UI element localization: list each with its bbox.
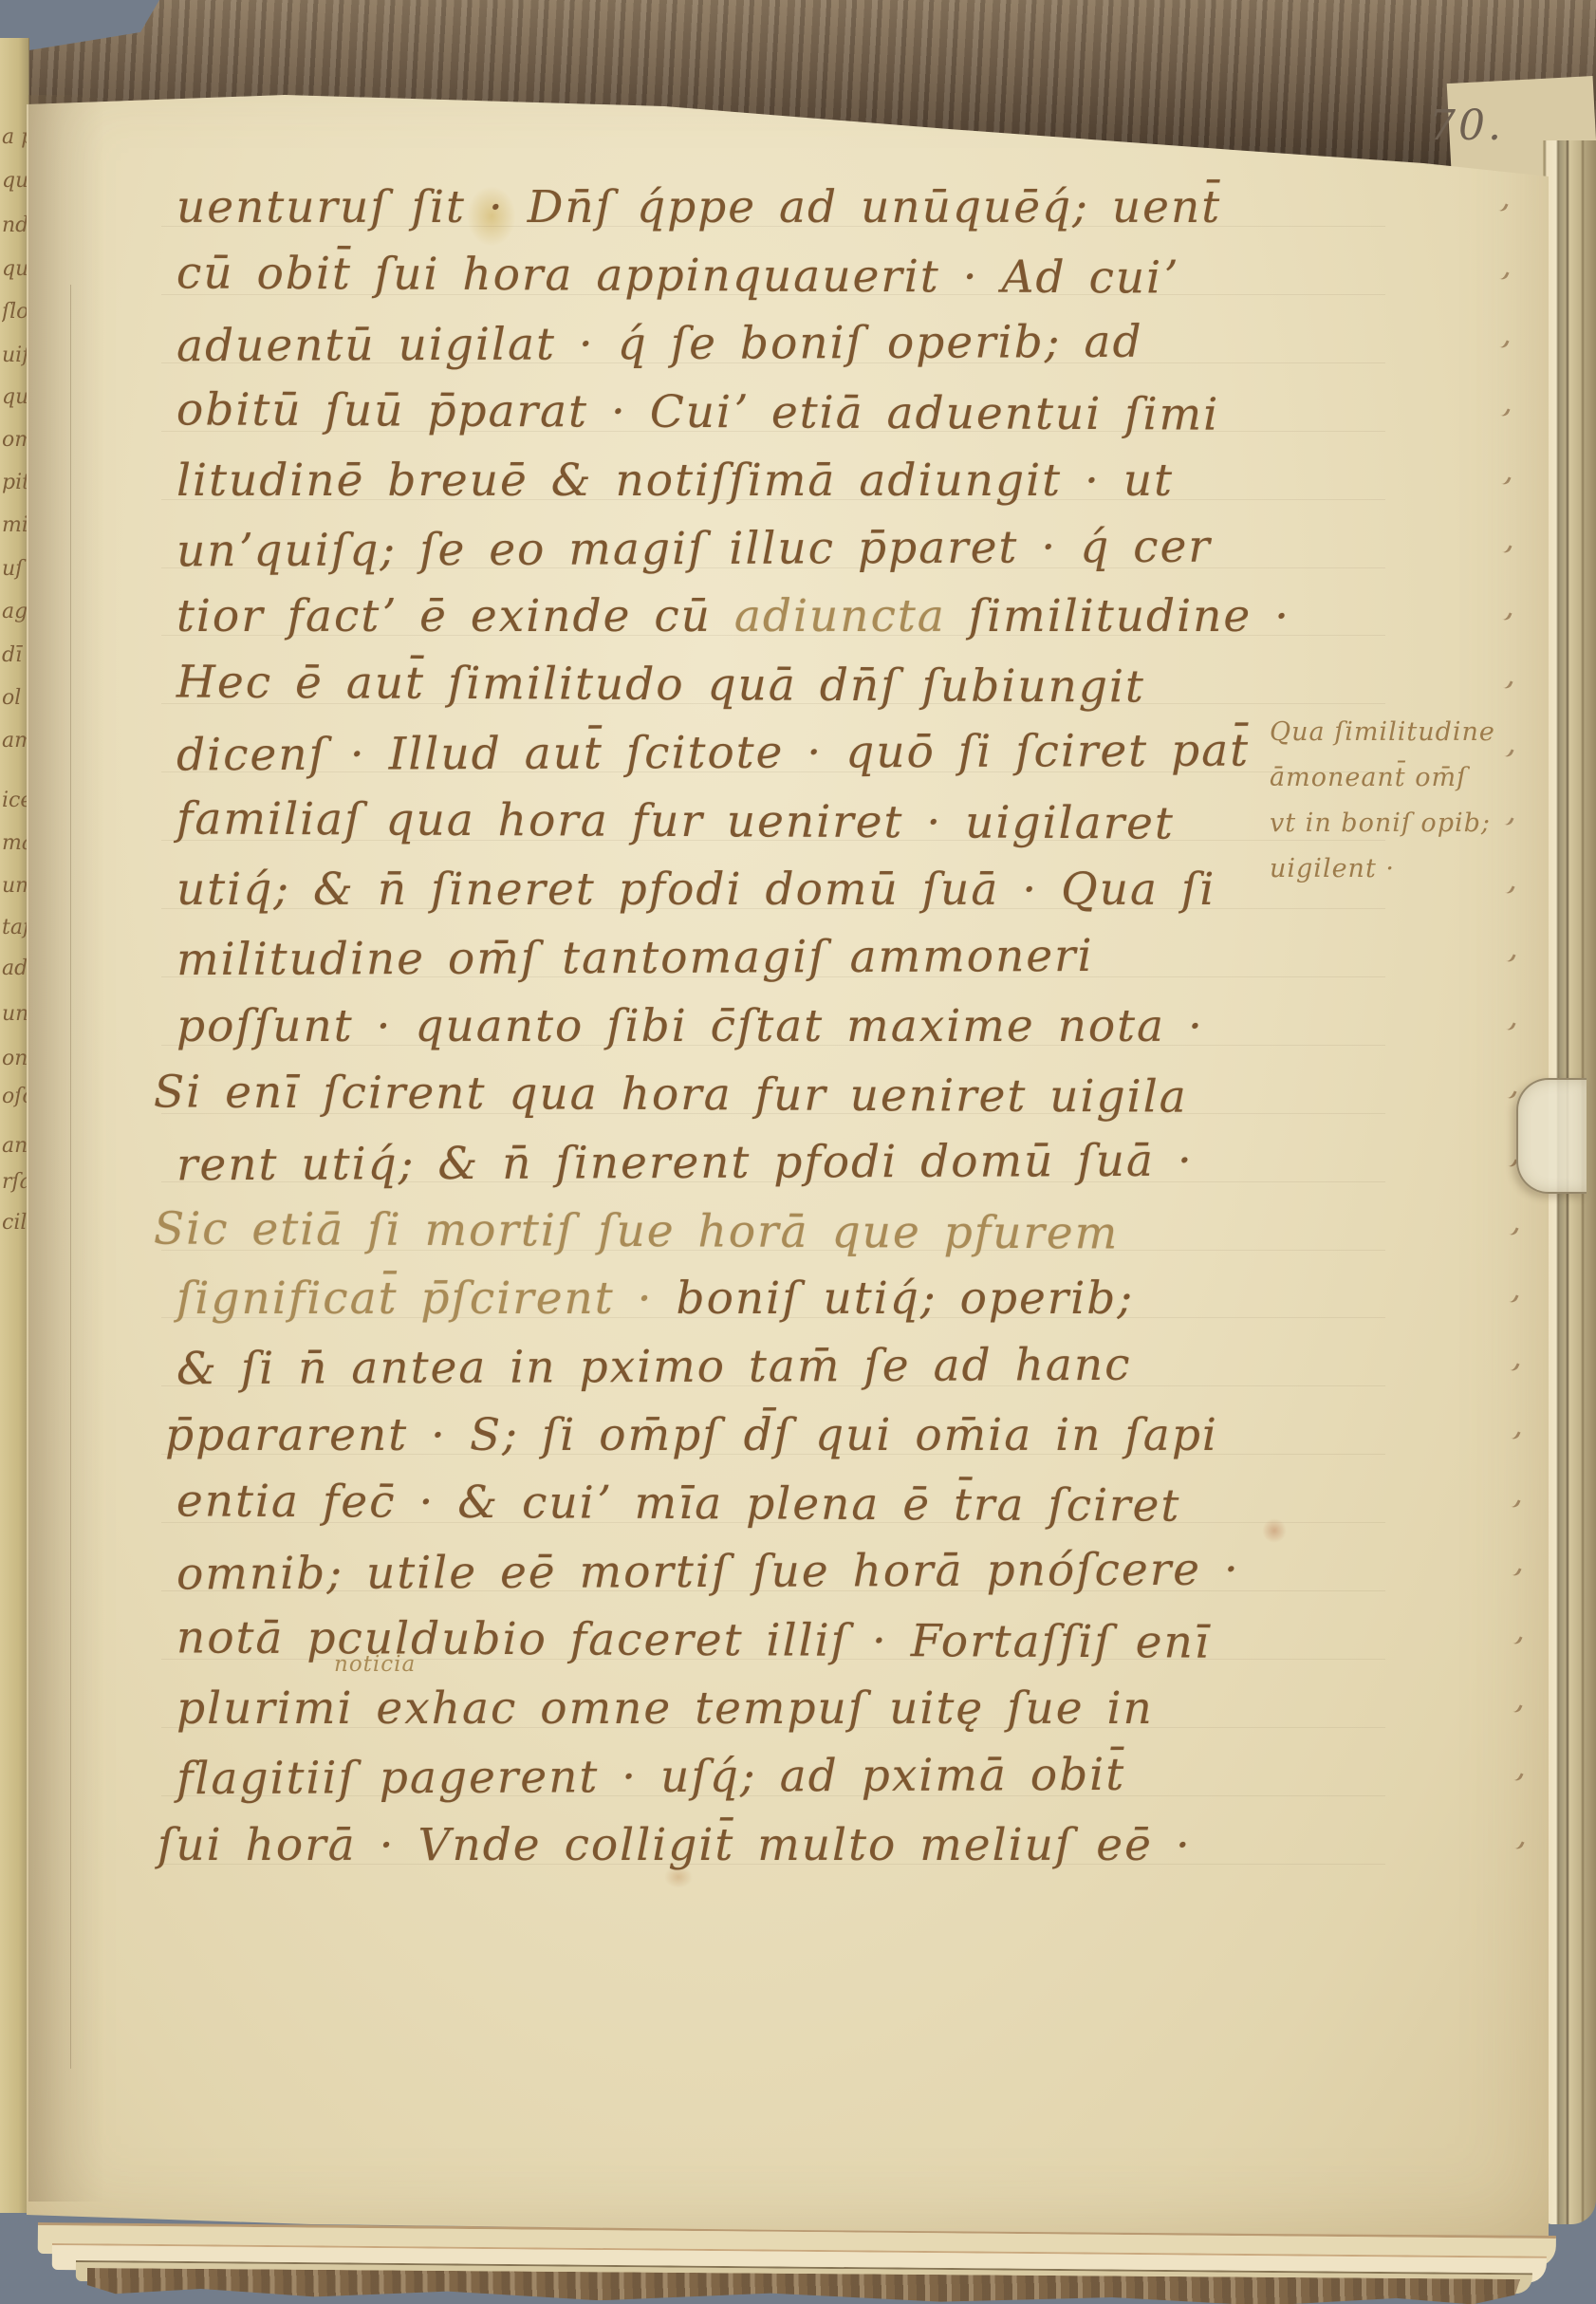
margin-note-line: Qua ſimilitudine	[1270, 710, 1550, 755]
text-segment: aduentū uigilat · q́ ſe boniſ operib; ad	[176, 316, 1143, 372]
text-segment: ſui horā · Vnde colligit̄ multo meliuſ e…	[158, 1819, 1192, 1871]
pricking-mark	[1506, 1224, 1518, 1236]
pricking-mark	[1509, 1496, 1521, 1509]
text-segment: unʼquiſq; ſe eo magiſ illuc p̄paret · q́…	[176, 520, 1212, 577]
text-segment: ſimilitudine ·	[969, 590, 1290, 642]
text-segment: entia fec̄ · & cuiʼ mīa plena ē t̄ra ſci…	[176, 1476, 1181, 1533]
pricking-mark	[1504, 1019, 1516, 1031]
text-line: uenturuſ ſit · Dn̄ſ q́ppe ad unūquēq́; u…	[176, 178, 1221, 237]
pricking-mark	[1496, 269, 1509, 281]
parchment-tab	[1516, 1078, 1587, 1194]
text-line: litudinē breuē & notiſſimā adiungit · ut	[176, 452, 1174, 511]
margin-note: Qua ſimilitudineāmoneant̄ om̄ſvt in boni…	[1270, 710, 1550, 892]
pricking-mark	[1497, 337, 1510, 349]
pricking-mark	[1504, 1087, 1516, 1100]
text-segment: p̄pararent · S; ſi om̄pſ d̄ſ qui om̄ia i…	[165, 1409, 1218, 1461]
text-line: Sic etiā ſi mortiſ ſue horā que pfurem	[154, 1199, 1120, 1263]
pricking-mark	[1498, 474, 1511, 486]
text-segment: familiaſ qua hora fur ueniret · uigilare…	[176, 793, 1175, 850]
folio-number: 70.	[1429, 102, 1504, 150]
text-segment: uenturuſ ſit · Dn̄ſ q́ppe ad unūquēq́; u…	[176, 181, 1221, 233]
pricking-mark	[1497, 405, 1510, 418]
text-line: aduentū uigilat · q́ ſe boniſ operib; ad	[176, 313, 1143, 376]
text-line: p̄pararent · S; ſi om̄pſ d̄ſ qui om̄ia i…	[165, 1406, 1218, 1465]
pricking-mark	[1512, 1838, 1524, 1850]
text-segment: Sic etiā ſi mortiſ ſue horā que pfurem	[154, 1202, 1120, 1259]
text-segment: utiq́; & n̄ ſineret pfodi domū ſuā · Qua…	[176, 864, 1216, 916]
text-line: Si enī ſcirent qua hora fur ueniret uigi…	[154, 1063, 1188, 1126]
text-line: cū obit̄ ſui hora appinquauerit · Ad cui…	[176, 244, 1178, 307]
pricking-mark	[1500, 610, 1512, 622]
text-segment: dicenſ · Illud aut̄ ſcitote · quō ſi ſci…	[176, 725, 1250, 782]
text-segment: ſignificat̄ p̄ſcirent ·	[176, 1273, 654, 1325]
text-line: obitū ſuū p̄parat · Cuiʼ etiā aduentui ſ…	[176, 381, 1220, 444]
text-line: Hec ē aut̄ ſimilitudo quā dn̄ſ ſubiungit	[176, 654, 1145, 717]
text-line: tior factʼ ē exinde cū adiuncta ſimilitu…	[176, 587, 1290, 646]
text-segment: plurimi exhac omne tempuſ uitę ſue in	[176, 1682, 1154, 1735]
pricking-mark	[1511, 1701, 1523, 1714]
pricking-mark	[1511, 1770, 1523, 1782]
manuscript-photo: { "folio": { "number": "70." }, "colors"…	[0, 0, 1596, 2304]
pricking-mark	[1507, 1292, 1519, 1305]
text-segment: boniſ utiq́; operib;	[654, 1273, 1135, 1325]
text-line: omnib; utile eē mortiſ ſue horā pnóſcere…	[176, 1541, 1240, 1605]
text-line: militudine om̄ſ tantomagiſ ammoneri	[176, 927, 1094, 990]
pricking-mark	[1507, 1361, 1519, 1373]
pricking-mark	[1508, 1429, 1520, 1441]
text-line: poſſunt · quanto ſibi c̄ſtat maxime nota…	[176, 997, 1204, 1056]
pricking-mark	[1500, 678, 1512, 691]
text-line: dicenſ · Illud aut̄ ſcitote · quō ſi ſci…	[176, 722, 1250, 786]
margin-note-line: vt in boniſ opib;	[1270, 801, 1550, 846]
text-segment: militudine om̄ſ tantomagiſ ammoneri	[176, 930, 1094, 986]
text-segment: notā pculdubio faceret illiſ · Fortaſſiſ…	[176, 1611, 1211, 1668]
text-line: notā pculdubio faceret illiſ · Fortaſſiſ…	[176, 1608, 1211, 1672]
text-segment: flagitiiſ pagerent · uſq́; ad pximā obit…	[176, 1749, 1125, 1805]
text-line: ſui horā · Vnde colligit̄ multo meliuſ e…	[158, 1816, 1192, 1875]
pricking-mark	[1509, 1565, 1521, 1577]
text-line: & ſi n̄ antea in pximo tam̄ ſe ad hanc	[176, 1336, 1132, 1399]
text-line: familiaſ qua hora fur ueniret · uigilare…	[176, 790, 1175, 854]
text-segment: cū obit̄ ſui hora appinquauerit · Ad cui…	[176, 247, 1178, 304]
pricking-mark	[1510, 1633, 1522, 1645]
text-segment: tior factʼ ē exinde cū	[176, 590, 734, 642]
text-segment: litudinē breuē & notiſſimā adiungit · ut	[176, 455, 1174, 507]
text-segment: rent utiq́; & n̄ ſinerent pfodi domū ſuā…	[176, 1134, 1194, 1191]
text-segment: & ſi n̄ antea in pximo tam̄ ſe ad hanc	[176, 1339, 1132, 1395]
margin-note-line: āmoneant̄ om̄ſ	[1270, 755, 1550, 801]
text-line: entia fec̄ · & cuiʼ mīa plena ē t̄ra ſci…	[176, 1473, 1181, 1536]
page-content: 70. uenturuſ ſit · Dn̄ſ q́ppe ad unūquēq…	[0, 0, 1596, 2304]
text-line: rent utiq́; & n̄ ſinerent pfodi domū ſuā…	[176, 1131, 1194, 1195]
text-line: ſignificat̄ p̄ſcirent · boniſ utiq́; ope…	[176, 1270, 1134, 1329]
text-line: utiq́; & n̄ ſineret pfodi domū ſuā · Qua…	[176, 861, 1216, 920]
text-segment: omnib; utile eē mortiſ ſue horā pnóſcere…	[176, 1544, 1240, 1601]
text-segment: obitū ſuū p̄parat · Cuiʼ etiā aduentui ſ…	[176, 383, 1219, 440]
text-line: plurimi exhac omne tempuſ uitę ſue in	[176, 1680, 1154, 1738]
pricking-mark	[1499, 542, 1512, 554]
interlinear-gloss: noticia	[334, 1653, 416, 1676]
text-segment: adiuncta	[734, 590, 969, 642]
text-segment: poſſunt · quanto ſibi c̄ſtat maxime nota…	[176, 1000, 1204, 1052]
margin-note-line: uigilent ·	[1270, 846, 1550, 892]
text-segment: Si enī ſcirent qua hora fur ueniret uigi…	[154, 1066, 1188, 1123]
text-line: flagitiiſ pagerent · uſq́; ad pximā obit…	[176, 1746, 1125, 1809]
pricking-mark	[1495, 200, 1508, 213]
pricking-mark	[1503, 951, 1515, 963]
text-line: unʼquiſq; ſe eo magiſ illuc p̄paret · q́…	[176, 517, 1212, 581]
text-segment: Hec ē aut̄ ſimilitudo quā dn̄ſ ſubiungit	[176, 657, 1145, 714]
